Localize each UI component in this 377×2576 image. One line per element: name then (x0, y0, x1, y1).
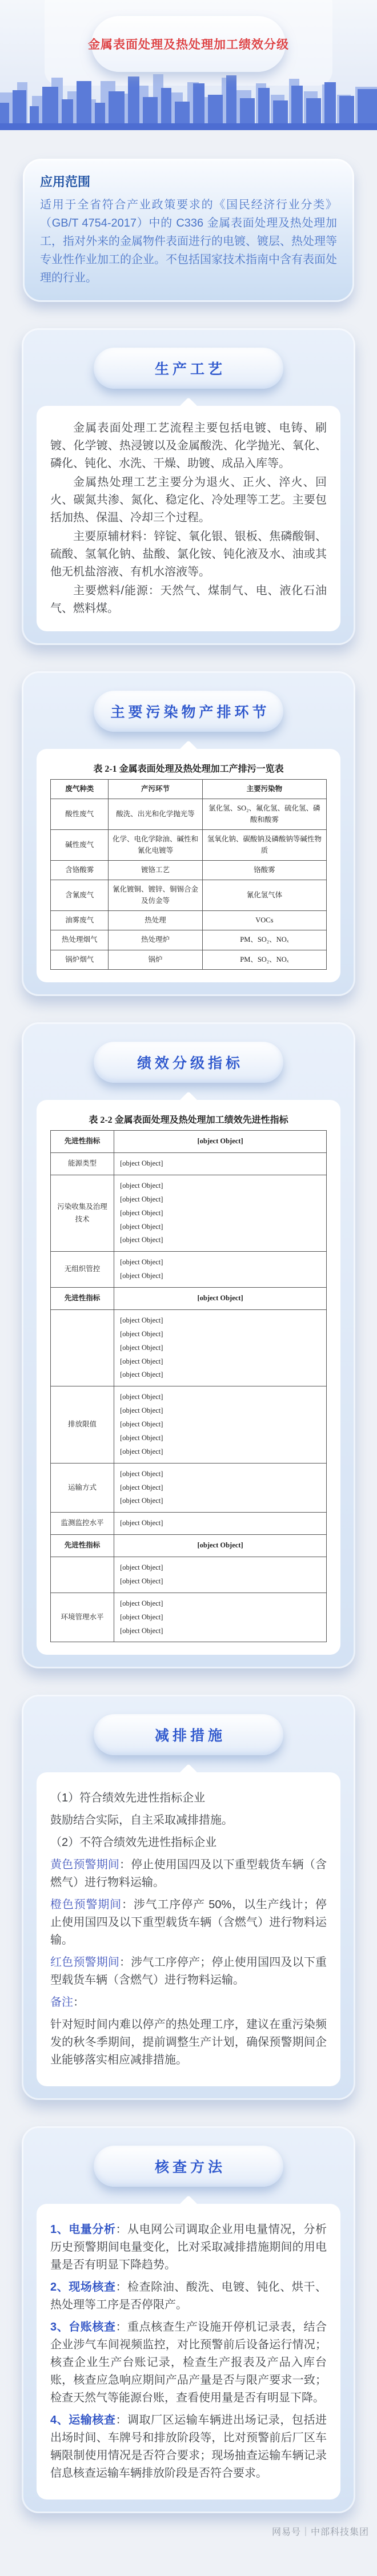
reduction-entry-text: （1）符合绩效先进性指标企业 (50, 1792, 205, 1804)
table-2-1: 废气种类 产污环节 主要污染物 酸性废气 酸洗、出光和化学抛光等 氯化氢、SO₂… (50, 779, 327, 970)
table-cell-production-link: 化学、电化学除油、碱性和氰化电镀等 (109, 830, 202, 861)
table-cell-main-pollutants: VOCs (202, 911, 326, 930)
section-production-process: 生产工艺 金属表面处理工艺流程主要包括电镀、电铸、刷镀、化学镀、热浸镀以及金属酸… (22, 328, 355, 645)
indicator-line: [object Object] (120, 1432, 320, 1445)
production-process-panel: 金属表面处理工艺流程主要包括电镀、电铸、刷镀、化学镀、热浸镀以及金属酸洗、化学抛… (37, 406, 340, 631)
table-cell-waste-gas-type: 碱性废气 (51, 830, 109, 861)
indicator-line-list: [object Object] (120, 1539, 320, 1552)
section-pollutant-links: 主要污染物产排环节 表 2-1 金属表面处理及热处理加工产排污一览表 废气种类 … (22, 671, 355, 996)
indicator-line: [object Object] (120, 1495, 320, 1507)
section-application-scope: 应用范围 适用于全省符合产业政策要求的《国民经济行业分类》（GB/T 4754-… (23, 159, 354, 302)
table-cell-main-pollutants: 氯化氢、SO₂、氟化氢、硫化氢、磷酸和酸雾 (202, 799, 326, 830)
table-row: 含铬酸雾 镀铬工艺 铬酸雾 (51, 860, 327, 880)
verification-item-list: 1、电量分析：从电网公司调取企业用电量情况，分析历史预警期间电量变化，比对采取减… (50, 2221, 327, 2482)
indicator-line: [object Object] (120, 1292, 320, 1305)
indicator-line-list: [object Object] [object Object] [object … (120, 1315, 320, 1381)
table-cell-main-pollutants: 铬酸雾 (202, 860, 326, 880)
indicator-line-list: [object Object] [object Object] (120, 1256, 320, 1283)
indicator-label-cell: 无组织管控 (51, 1252, 114, 1288)
process-paragraph: 金属表面处理工艺流程主要包括电镀、电铸、刷镀、化学镀、热浸镀以及金属酸洗、化学抛… (50, 420, 327, 473)
table-cell-waste-gas-type: 含氰废气 (51, 880, 109, 911)
indicator-line: [object Object] (120, 1135, 320, 1148)
indicator-content-cell: [object Object] (114, 1535, 327, 1557)
indicator-line: [object Object] (120, 1256, 320, 1269)
indicator-line-list: [object Object] [object Object] [object … (120, 1391, 320, 1458)
table-row: 碱性废气 化学、电化学除油、碱性和氰化电镀等 氢氧化钠、碳酸钠及磷酸钠等碱性物质 (51, 830, 327, 861)
reduction-entry: （2）不符合绩效先进性指标企业 (50, 1834, 327, 1852)
indicator-line: [object Object] (120, 1611, 320, 1624)
indicator-line: [object Object] (120, 1180, 320, 1192)
indicator-line-list: [object Object] [object Object] [object … (120, 1468, 320, 1508)
table-row: 能源类型 [object Object] (51, 1153, 327, 1175)
table-2-2: 先进性指标 [object Object] 能源类型 (50, 1130, 327, 1642)
indicator-line: [object Object] (120, 1328, 320, 1341)
table-2-1-body: 废气种类 产污环节 主要污染物 酸性废气 酸洗、出光和化学抛光等 氯化氢、SO₂… (51, 780, 327, 970)
indicator-content-cell: [object Object] (114, 1153, 327, 1175)
table-cell-main-pollutants: PM、SO₂、NOₓ (202, 950, 326, 969)
indicator-line: [object Object] (120, 1575, 320, 1588)
table-cell-production-link: 热处理 (109, 911, 202, 930)
table-cell-main-pollutants: 氰化氢气体 (202, 880, 326, 911)
reduction-entry-list: （1）符合绩效先进性指标企业 鼓励结合实际，自主采取减排措施。 （2）不符合绩效… (50, 1789, 327, 2069)
table-2-2-body: 先进性指标 [object Object] 能源类型 (51, 1131, 327, 1642)
indicator-content-cell: [object Object] [object Object] [object … (114, 1175, 327, 1251)
verification-item-label: 1、电量分析 (50, 2223, 115, 2236)
verification-methods-panel: 1、电量分析：从电网公司调取企业用电量情况，分析历史预警期间电量变化，比对采取减… (37, 2204, 340, 2500)
reduction-entry: 红色预警期间：涉气工序停产；停止使用国四及以下重型载货车辆（含燃气）进行物料运输… (50, 1954, 327, 1989)
table-cell-main-pollutants: 氢氧化钠、碳酸钠及磷酸钠等碱性物质 (202, 830, 326, 861)
process-paragraph: 主要原辅材料：锌锭、氧化银、银板、焦磷酸铜、硫酸、氢氧化钠、盐酸、氯化铵、钝化液… (50, 528, 327, 581)
indicator-line: [object Object] (120, 1625, 320, 1638)
warning-level-label: 黄色预警期间 (50, 1859, 119, 1871)
indicator-line-list: [object Object] [object Object] [object … (120, 1598, 320, 1638)
indicator-content-cell: [object Object] [object Object] [object … (114, 1309, 327, 1386)
verification-item: 1、电量分析：从电网公司调取企业用电量情况，分析历史预警期间电量变化，比对采取减… (50, 2221, 327, 2274)
indicator-line-list: [object Object] [object Object] [object … (120, 1180, 320, 1247)
table-cell-main-pollutants: PM、SO₂、NOₓ (202, 930, 326, 950)
table-row: 运输方式 [object Object] [object Object] (51, 1463, 327, 1513)
indicator-line-list: [object Object] (120, 1517, 320, 1530)
table-cell-waste-gas-type: 锅炉烟气 (51, 950, 109, 969)
table-cell-production-link: 产污环节 (109, 780, 202, 799)
indicator-label-cell: 运输方式 (51, 1463, 114, 1513)
verification-item: 3、台账核查：重点核查生产设施开停机记录表，结合企业涉气车间视频监控，对比预警前… (50, 2319, 327, 2407)
indicator-line: [object Object] (120, 1598, 320, 1610)
indicator-line: [object Object] (120, 1356, 320, 1368)
indicator-label-cell: 排放限值 (51, 1386, 114, 1463)
table-row: 酸性废气 酸洗、出光和化学抛光等 氯化氢、SO₂、氟化氢、硫化氢、磷酸和酸雾 (51, 799, 327, 830)
grading-table-panel: 表 2-2 金属表面处理及热处理加工绩效先进性指标 先进性指标 [object … (37, 1100, 340, 1655)
reduction-entry-text: 鼓励结合实际，自主采取减排措施。 (50, 1814, 233, 1827)
page-title: 金属表面处理及热处理加工绩效分级 (88, 35, 289, 53)
verification-item-label: 3、台账核查 (50, 2321, 115, 2333)
section-performance-grading: 绩效分级指标 表 2-2 金属表面处理及热处理加工绩效先进性指标 先进性指标 (22, 1022, 355, 1668)
indicator-content-cell: [object Object] [object Object] [object … (114, 1386, 327, 1463)
indicator-label-cell (51, 1309, 114, 1386)
scope-title: 应用范围 (40, 172, 337, 190)
indicator-line: [object Object] (120, 1418, 320, 1431)
table-cell-production-link: 热处理炉 (109, 930, 202, 950)
section-heading: 绩效分级指标 (134, 1052, 243, 1073)
scope-text: 适用于全省符合产业政策要求的《国民经济行业分类》（GB/T 4754-2017）… (40, 196, 337, 287)
indicator-line: [object Object] (120, 1158, 320, 1170)
warning-level-label: 备注 (50, 1996, 73, 2009)
indicator-content-cell: [object Object] (114, 1131, 327, 1153)
process-paragraph: 金属热处理工艺主要分为退火、正火、淬火、回火、碳氮共渗、氮化、稳定化、冷处理等工… (50, 474, 327, 527)
indicator-line: [object Object] (120, 1539, 320, 1552)
indicator-line: [object Object] (120, 1405, 320, 1417)
verification-item: 4、运输核查：调取厂区运输车辆进出场记录，包括进出场时间、车牌号和排放阶段等，比… (50, 2412, 327, 2482)
verification-item-label: 2、现场核查 (50, 2281, 115, 2293)
indicator-line: [object Object] (120, 1562, 320, 1574)
table-row: [object Object] [object Object] (51, 1557, 327, 1593)
indicator-label-cell: 先进性指标 (51, 1535, 114, 1557)
section-pill-emission-reduction: 减排措施 (94, 1714, 283, 1755)
indicator-line-list: [object Object] (120, 1292, 320, 1305)
emission-reduction-panel: （1）符合绩效先进性指标企业 鼓励结合实际，自主采取减排措施。 （2）不符合绩效… (37, 1772, 340, 2086)
process-paragraph: 主要燃料/能源：天然气、煤制气、电、液化石油气、燃料煤。 (50, 582, 327, 618)
indicator-line-list: [object Object] (120, 1158, 320, 1170)
indicator-label-cell: 环境管理水平 (51, 1593, 114, 1642)
watermark: 网易号｜中部科技集团 (8, 2525, 369, 2538)
table-cell-production-link: 氰化镀铜、镀锌、铜锡合金及仿金等 (109, 880, 202, 911)
process-paragraph-list: 金属表面处理工艺流程主要包括电镀、电铸、刷镀、化学镀、热浸镀以及金属酸洗、化学抛… (50, 420, 327, 618)
indicator-line: [object Object] (120, 1270, 320, 1283)
table-cell-main-pollutants: 主要污染物 (202, 780, 326, 799)
table-row: [object Object] [object Object] [object … (51, 1309, 327, 1386)
table-row: 锅炉烟气 锅炉 PM、SO₂、NOₓ (51, 950, 327, 969)
table-cell-production-link: 镀铬工艺 (109, 860, 202, 880)
indicator-line-list: [object Object] [object Object] (120, 1562, 320, 1588)
table-cell-waste-gas-type: 酸性废气 (51, 799, 109, 830)
section-heading: 生产工艺 (151, 358, 226, 378)
verification-item-label: 4、运输核查 (50, 2414, 115, 2426)
table-row: 先进性指标 [object Object] (51, 1288, 327, 1310)
reduction-entry-text: 针对短时间内难以停产的热处理工序，建议在重污染频发的秋冬季期间，提前调整生产计划… (50, 2018, 327, 2066)
indicator-line: [object Object] (120, 1482, 320, 1494)
page-title-pill: 金属表面处理及热处理加工绩效分级 (91, 16, 286, 72)
indicator-label-cell: 监测监控水平 (51, 1513, 114, 1535)
indicator-label-cell: 污染收集及治理技术 (51, 1175, 114, 1251)
table-cell-production-link: 锅炉 (109, 950, 202, 969)
table-row: 热处理烟气 热处理炉 PM、SO₂、NOₓ (51, 930, 327, 950)
indicator-line: [object Object] (120, 1342, 320, 1354)
indicator-label-cell (51, 1557, 114, 1593)
table-cell-waste-gas-type: 油雾废气 (51, 911, 109, 930)
table-row: 先进性指标 [object Object] (51, 1535, 327, 1557)
table-row: 监测监控水平 [object Object] (51, 1513, 327, 1535)
reduction-entry-text: ： (73, 1996, 85, 2009)
indicator-content-cell: [object Object] [object Object] [object … (114, 1593, 327, 1642)
table-row: 油雾废气 热处理 VOCs (51, 911, 327, 930)
table-row: 无组织管控 [object Object] [object Object] (51, 1252, 327, 1288)
warning-level-label: 红色预警期间 (50, 1956, 119, 1969)
table-row: 废气种类 产污环节 主要污染物 (51, 780, 327, 799)
reduction-entry: 针对短时间内难以停产的热处理工序，建议在重污染频发的秋冬季期间，提前调整生产计划… (50, 2016, 327, 2069)
pollutant-table-panel: 表 2-1 金属表面处理及热处理加工产排污一览表 废气种类 产污环节 主要污染物… (37, 749, 340, 982)
table-cell-waste-gas-type: 废气种类 (51, 780, 109, 799)
reduction-entry: 橙色预警期间：涉气工序停产 50%，以生产线计；停止使用国四及以下重型载货车辆（… (50, 1896, 327, 1949)
warning-level-label: 橙色预警期间 (50, 1898, 122, 1911)
table-2-2-caption: 表 2-2 金属表面处理及热处理加工绩效先进性指标 (50, 1112, 327, 1126)
indicator-line: [object Object] (120, 1517, 320, 1530)
reduction-entry: （1）符合绩效先进性指标企业 (50, 1789, 327, 1807)
table-cell-production-link: 酸洗、出光和化学抛光等 (109, 799, 202, 830)
table-cell-waste-gas-type: 含铬酸雾 (51, 860, 109, 880)
indicator-content-cell: [object Object] [object Object] [object … (114, 1463, 327, 1513)
section-emission-reduction: 减排措施 （1）符合绩效先进性指标企业 鼓励结合实际，自主采取减排措施。 （2）… (22, 1695, 355, 2100)
table-row: 先进性指标 [object Object] (51, 1131, 327, 1153)
indicator-label-cell: 先进性指标 (51, 1288, 114, 1310)
reduction-entry: 鼓励结合实际，自主采取减排措施。 (50, 1812, 327, 1829)
indicator-content-cell: [object Object] (114, 1513, 327, 1535)
table-row: 含氰废气 氰化镀铜、镀锌、铜锡合金及仿金等 氰化氢气体 (51, 880, 327, 911)
verification-item: 2、现场核查：检查除油、酸洗、电镀、钝化、烘干、热处理等工序是否停限产。 (50, 2279, 327, 2314)
reduction-entry: 备注： (50, 1994, 327, 2011)
indicator-line: [object Object] (120, 1194, 320, 1206)
indicator-line: [object Object] (120, 1207, 320, 1220)
reduction-entry: 黄色预警期间：停止使用国四及以下重型载货车辆（含燃气）进行物料运输。 (50, 1856, 327, 1892)
reduction-entry-text: （2）不符合绩效先进性指标企业 (50, 1836, 216, 1849)
indicator-line: [object Object] (120, 1391, 320, 1404)
indicator-label-cell: 能源类型 (51, 1153, 114, 1175)
table-row: 环境管理水平 [object Object] [object Object] (51, 1593, 327, 1642)
indicator-line: [object Object] (120, 1315, 320, 1327)
indicator-line: [object Object] (120, 1468, 320, 1481)
section-heading: 减排措施 (151, 1724, 226, 1745)
indicator-content-cell: [object Object] [object Object] (114, 1557, 327, 1593)
indicator-content-cell: [object Object] [object Object] (114, 1252, 327, 1288)
table-row: 排放限值 [object Object] [object Object] (51, 1386, 327, 1463)
section-pill-verification-methods: 核查方法 (94, 2146, 283, 2187)
indicator-line: [object Object] (120, 1369, 320, 1381)
table-2-1-caption: 表 2-1 金属表面处理及热处理加工产排污一览表 (50, 761, 327, 775)
indicator-content-cell: [object Object] (114, 1288, 327, 1310)
city-skyline-icon (0, 66, 377, 130)
section-heading: 主要污染物产排环节 (107, 701, 270, 721)
header-banner: 金属表面处理及热处理加工绩效分级 (0, 0, 377, 130)
indicator-line: [object Object] (120, 1446, 320, 1458)
indicator-line: [object Object] (120, 1234, 320, 1247)
table-cell-waste-gas-type: 热处理烟气 (51, 930, 109, 950)
indicator-line: [object Object] (120, 1221, 320, 1233)
indicator-label-cell: 先进性指标 (51, 1131, 114, 1153)
section-pill-production-process: 生产工艺 (94, 348, 283, 389)
section-pill-performance-grading: 绩效分级指标 (94, 1042, 283, 1083)
section-pill-pollutant-links: 主要污染物产排环节 (94, 691, 283, 732)
section-verification-methods: 核查方法 1、电量分析：从电网公司调取企业用电量情况，分析历史预警期间电量变化，… (22, 2126, 355, 2513)
table-row: 污染收集及治理技术 [object Object] [object Object… (51, 1175, 327, 1251)
infographic-page: 金属表面处理及热处理加工绩效分级 (0, 0, 377, 2547)
section-heading: 核查方法 (151, 2156, 226, 2176)
indicator-line-list: [object Object] (120, 1135, 320, 1148)
